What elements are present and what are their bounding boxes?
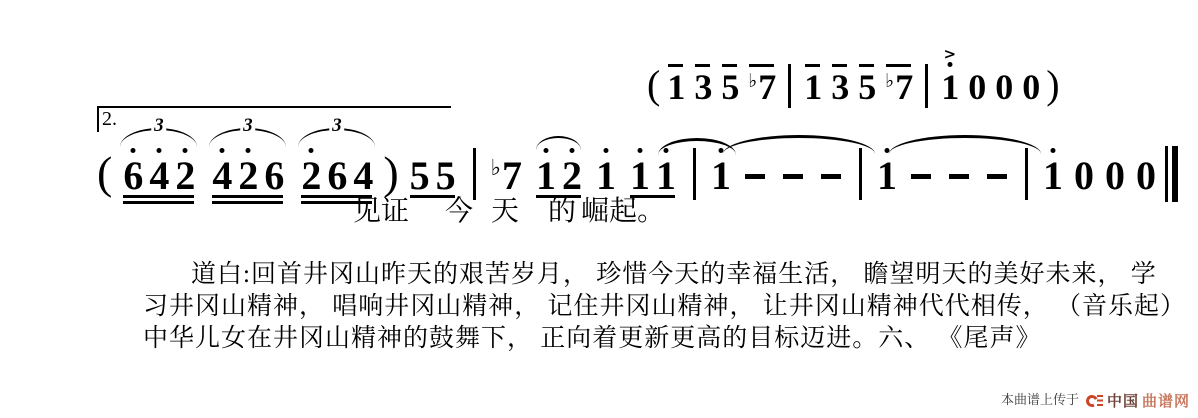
lyric-syllable: 今 — [445, 197, 473, 227]
lyrics-line: 见证 今 天 的 崛起。 — [353, 197, 665, 227]
note-2: 2 — [301, 159, 320, 192]
digit: 7 — [758, 72, 775, 102]
parenthesis: ) — [383, 154, 398, 192]
tuplet-number: 3 — [151, 116, 167, 136]
dash-note — [783, 174, 803, 179]
dash-note — [949, 174, 969, 179]
note-7: ♭7 — [748, 72, 775, 102]
overline — [832, 64, 847, 67]
digit: 2 — [238, 159, 257, 192]
note-4: 4 — [353, 159, 372, 192]
octave-dot — [156, 148, 161, 153]
barline — [693, 148, 696, 200]
site-name-dark: 中国 — [1107, 392, 1139, 410]
note-5: 5 — [721, 72, 738, 102]
slur-arc — [536, 136, 581, 150]
barline — [925, 64, 928, 108]
barline — [788, 64, 791, 108]
note-0: 0 — [1022, 72, 1039, 102]
barline — [859, 148, 862, 200]
note-5: 5 — [858, 72, 875, 102]
digit: 1 — [877, 159, 896, 192]
note-5: 5 — [410, 159, 429, 192]
digit: 1 — [596, 159, 615, 192]
note-1: 1 — [877, 159, 896, 192]
digit: 1 — [656, 159, 675, 192]
site-logo-lines — [1097, 395, 1103, 407]
digit: 0 — [1022, 72, 1039, 102]
narration-line: 中华儿女在井冈山精神的鼓舞下， 正向着更新更高的目标迈进。六、 《尾声》 — [143, 323, 1133, 355]
note-5: 5 — [436, 159, 455, 192]
final-barline-thin — [1165, 146, 1168, 202]
tuplet-number: 3 — [240, 116, 256, 136]
parenthesis: ) — [1046, 68, 1059, 102]
note-group: 12 — [536, 159, 581, 192]
narration-line: 习井冈山精神， 唱响井冈山精神， 记住井冈山精神， 让井冈山精神代代相传， （音… — [143, 291, 1133, 323]
uploaded-by-text: 本曲谱上传于 — [1001, 393, 1079, 409]
lyric-syllable: 天 — [491, 197, 519, 227]
site-logo-link[interactable]: 中国 曲谱网 — [1086, 392, 1190, 410]
site-logo-icon — [1086, 393, 1104, 409]
digit: 7 — [895, 72, 912, 102]
digit: 6 — [123, 159, 142, 192]
dash-note — [745, 174, 765, 179]
digit: 2 — [175, 159, 194, 192]
digit: 0 — [1074, 159, 1093, 192]
note-4: 4 — [149, 159, 168, 192]
dash-note — [821, 174, 841, 179]
digit: 1 — [630, 159, 649, 192]
digit: 0 — [1136, 159, 1155, 192]
note-1: 1 — [596, 159, 615, 192]
tie-arc — [723, 135, 875, 154]
barline — [1025, 148, 1028, 200]
digit: 3 — [831, 72, 848, 102]
note-1: 1 — [656, 159, 675, 192]
note-7: ♭7 — [491, 159, 521, 192]
note-group: 4263 — [212, 159, 283, 192]
note-group: 6423 — [123, 159, 194, 192]
digit: 6 — [327, 159, 346, 192]
dash-note — [911, 174, 931, 179]
note-1: >1 — [941, 72, 958, 102]
note-group: 11 — [630, 159, 675, 192]
digit: 1 — [804, 72, 821, 102]
octave-dot — [130, 148, 135, 153]
overline — [859, 64, 874, 67]
note-3: 3 — [694, 72, 711, 102]
main-melody-noteline: (642342632643)55♭712111111000 — [95, 146, 1182, 192]
note-1: 1 — [711, 159, 730, 192]
lyric-syllable: 见证 — [353, 197, 409, 227]
final-barline — [1165, 146, 1178, 202]
beam-underline-2 — [212, 201, 283, 204]
tuplet-number: 3 — [329, 116, 345, 136]
overline — [695, 64, 710, 67]
overline — [749, 64, 774, 67]
octave-dot — [637, 148, 642, 153]
digit: 4 — [212, 159, 231, 192]
beam-underline-2 — [123, 201, 194, 204]
digit: 1 — [711, 159, 730, 192]
note-4: 4 — [212, 159, 231, 192]
digit: 1 — [941, 72, 958, 102]
note-0: 0 — [968, 72, 985, 102]
digit: 4 — [149, 159, 168, 192]
note-6: 6 — [264, 159, 283, 192]
digit: 2 — [301, 159, 320, 192]
note-6: 6 — [123, 159, 142, 192]
lyric-syllable: 崛起。 — [581, 197, 665, 227]
digit: 0 — [1105, 159, 1124, 192]
digit: 5 — [410, 159, 429, 192]
note-1: 1 — [804, 72, 821, 102]
flat-sign: ♭ — [885, 71, 894, 91]
overline — [668, 64, 683, 67]
digit: 1 — [536, 159, 555, 192]
digit: 4 — [353, 159, 372, 192]
note-0: 0 — [1136, 159, 1155, 192]
beam-underline — [212, 195, 283, 198]
note-7: ♭7 — [885, 72, 912, 102]
top-phrase-noteline: (135♭7135♭7>1000) — [645, 64, 1062, 102]
note-0: 0 — [995, 72, 1012, 102]
note-1: 1 — [536, 159, 555, 192]
note-6: 6 — [327, 159, 346, 192]
note-2: 2 — [238, 159, 257, 192]
digit: 7 — [502, 159, 521, 192]
overline — [886, 64, 911, 67]
lyric-syllable: 的 — [548, 197, 576, 227]
octave-dot — [947, 62, 952, 67]
tie-arc — [889, 135, 1041, 154]
note-group: 2643 — [301, 159, 372, 192]
octave-dot — [603, 148, 608, 153]
note-3: 3 — [831, 72, 848, 102]
note-1: 1 — [667, 72, 684, 102]
final-barline-thick — [1172, 146, 1178, 202]
digit: 6 — [264, 159, 283, 192]
digit: 1 — [1043, 159, 1062, 192]
digit: 3 — [694, 72, 711, 102]
note-2: 2 — [562, 159, 581, 192]
narration-paragraph: 道白:回首井冈山昨天的艰苦岁月， 珍惜今天的幸福生活， 瞻望明天的美好未来， 学… — [143, 259, 1133, 355]
digit: 0 — [995, 72, 1012, 102]
parenthesis: ( — [647, 68, 660, 102]
dash-note — [987, 174, 1007, 179]
overline — [722, 64, 737, 67]
overline — [805, 64, 820, 67]
octave-dot — [245, 148, 250, 153]
parenthesis: ( — [97, 154, 112, 192]
note-0: 0 — [1074, 159, 1093, 192]
flat-sign: ♭ — [748, 71, 757, 91]
barline — [473, 148, 476, 200]
sheet-music-page: 2. (135♭7135♭7>1000) (642342632643)55♭71… — [0, 0, 1198, 418]
octave-dot — [1050, 148, 1055, 153]
digit: 5 — [436, 159, 455, 192]
note-0: 0 — [1105, 159, 1124, 192]
digit: 0 — [968, 72, 985, 102]
site-name-light: 曲谱网 — [1142, 392, 1190, 410]
digit: 1 — [667, 72, 684, 102]
note-group: 55 — [410, 159, 455, 192]
note-1: 1 — [630, 159, 649, 192]
accent-mark: > — [943, 47, 956, 61]
octave-dot — [219, 148, 224, 153]
octave-dot — [182, 148, 187, 153]
digit: 2 — [562, 159, 581, 192]
watermark-footer: 本曲谱上传于 中国 曲谱网 — [1001, 392, 1190, 410]
octave-dot — [308, 148, 313, 153]
narration-line: 道白:回首井冈山昨天的艰苦岁月， 珍惜今天的幸福生活， 瞻望明天的美好未来， 学 — [143, 259, 1133, 291]
digit: 5 — [721, 72, 738, 102]
volta-label: 2. — [102, 108, 117, 130]
flat-sign: ♭ — [491, 159, 501, 179]
note-1: 1 — [1043, 159, 1062, 192]
digit: 5 — [858, 72, 875, 102]
beam-underline — [123, 195, 194, 198]
note-2: 2 — [175, 159, 194, 192]
